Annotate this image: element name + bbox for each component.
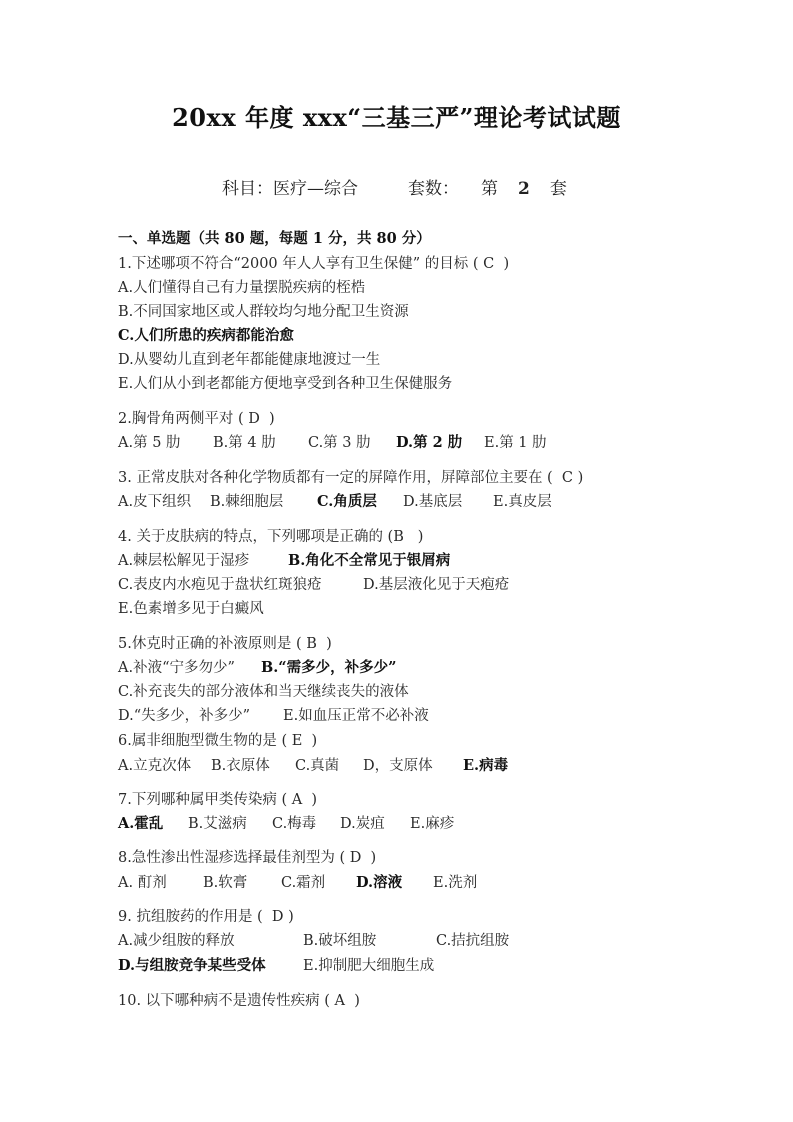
question-6-option-d: D，支原体 [363,756,463,776]
question-9-option-d: D.与组胺竞争某些受体 [118,956,303,976]
question-6-option-c: C.真菌 [295,756,363,776]
question-8-option-d: D.溶液 [356,873,433,893]
set-label: 套数： [408,174,459,199]
set-suffix: 套 [550,174,567,199]
question-6-option-e: E.病毒 [463,756,508,776]
question-1-stem: 1.下述哪项不符合“2000 年人人享有卫生保健” 的目标 ( C ) [118,254,509,274]
set-prefix: 第 [481,174,498,199]
question-5-option-d: D.“失多少，补多少” [118,706,283,726]
question-6-stem: 6.属非细胞型微生物的是 ( E ) [118,731,317,751]
question-3-option-b: B.棘细胞层 [210,492,317,512]
question-9-options-row2: D.与组胺竞争某些受体E.抑制肥大细胞生成 [118,956,434,976]
document-title: 20xx 年度 xxx“三基三严”理论考试试题 [0,98,793,133]
question-3-options: A.皮下组织B.棘细胞层C.角质层D.基底层E.真皮层 [118,492,552,512]
question-10-stem: 10. 以下哪种病不是遗传性疾病 ( A ) [118,991,360,1011]
question-9-options-row1: A.减少组胺的释放B.破坏组胺C.拮抗组胺 [118,931,509,951]
question-4-option-c: C.表皮内水疱见于盘状红斑狼疮 [118,575,363,595]
question-5-options-row1: A.补液“宁多勿少”B.“需多少，补多少” [118,658,396,678]
question-6-option-b: B.衣原体 [211,756,295,776]
question-5-option-e: E.如血压正常不必补液 [283,706,429,726]
subject-value: 医疗—综合 [273,174,358,199]
question-6-option-a: A.立克次体 [118,756,211,776]
question-8-options: A. 酊剂B.软膏C.霜剂D.溶液E.洗剂 [118,873,477,893]
question-4-option-e: E.色素增多见于白癜风 [118,599,264,619]
question-5-options-row3: D.“失多少，补多少”E.如血压正常不必补液 [118,706,429,726]
question-5-stem: 5.休克时正确的补液原则是 ( B ) [118,634,332,654]
question-4-stem: 4. 关于皮肤病的特点，下列哪项是正确的 (B ) [118,527,423,547]
exam-info-line: 科目：医疗—综合套数：第2套 [222,174,567,199]
question-3-option-d: D.基底层 [403,492,493,512]
question-9-option-b: B.破坏组胺 [303,931,436,951]
question-6-options: A.立克次体B.衣原体C.真菌D，支原体E.病毒 [118,756,508,776]
question-9-option-e: E.抑制肥大细胞生成 [303,956,434,976]
question-8-option-b: B.软膏 [203,873,281,893]
question-1-option-e: E.人们从小到老都能方便地享受到各种卫生保健服务 [118,374,452,394]
question-4-options-row1: A.棘层松解见于湿疹B.角化不全常见于银屑病 [118,551,450,571]
question-7-stem: 7.下列哪种属甲类传染病 ( A ) [118,790,317,810]
section-heading: 一、单选题（共 80 题，每题 1 分，共 80 分） [118,229,431,249]
question-3-option-a: A.皮下组织 [118,492,210,512]
question-5-option-b: B.“需多少，补多少” [261,658,396,678]
question-9-option-a: A.减少组胺的释放 [118,931,303,951]
set-number: 2 [518,179,530,199]
question-3-option-c: C.角质层 [317,492,403,512]
question-7-option-d: D.炭疽 [340,814,410,834]
question-4-option-d: D.基层液化见于天疱疮 [363,575,509,595]
question-4-options-row2: C.表皮内水疱见于盘状红斑狼疮D.基层液化见于天疱疮 [118,575,509,595]
question-7-option-b: B.艾滋病 [188,814,272,834]
question-2-option-c: C.第 3 肋 [308,433,396,453]
question-3-stem: 3. 正常皮肤对各种化学物质都有一定的屏障作用，屏障部位主要在 ( C ) [118,468,583,488]
question-1-option-d: D.从婴幼儿直到老年都能健康地渡过一生 [118,350,380,370]
question-5-option-c: C.补充丧失的部分液体和当天继续丧失的液体 [118,682,409,702]
subject-label: 科目： [222,174,273,199]
question-8-option-e: E.洗剂 [433,873,477,893]
question-2-option-b: B.第 4 肋 [213,433,308,453]
question-4-option-a: A.棘层松解见于湿疹 [118,551,288,571]
question-4-option-b: B.角化不全常见于银屑病 [288,551,450,571]
question-9-option-c: C.拮抗组胺 [436,931,509,951]
question-7-options: A.霍乱B.艾滋病C.梅毒D.炭疽E.麻疹 [118,814,454,834]
question-3-option-e: E.真皮层 [493,492,552,512]
question-8-option-a: A. 酊剂 [118,873,203,893]
question-9-stem: 9. 抗组胺药的作用是 ( D ) [118,907,294,927]
question-1-option-b: B.不同国家地区或人群较均匀地分配卫生资源 [118,302,409,322]
question-8-option-c: C.霜剂 [281,873,356,893]
question-2-options: A.第 5 肋B.第 4 肋C.第 3 肋D.第 2 肋E.第 1 肋 [118,433,547,453]
question-7-option-c: C.梅毒 [272,814,340,834]
question-1-option-a: A.人们懂得自己有力量摆脱疾病的桎梏 [118,278,365,298]
question-5-option-a: A.补液“宁多勿少” [118,658,261,678]
question-2-option-e: E.第 1 肋 [484,433,547,453]
question-2-option-d: D.第 2 肋 [396,433,484,453]
question-7-option-a: A.霍乱 [118,814,188,834]
question-8-stem: 8.急性渗出性湿疹选择最佳剂型为 ( D ) [118,848,376,868]
question-2-option-a: A.第 5 肋 [118,433,213,453]
question-1-option-c: C.人们所患的疾病都能治愈 [118,326,294,346]
question-2-stem: 2.胸骨角两侧平对 ( D ) [118,409,275,429]
question-7-option-e: E.麻疹 [410,814,454,834]
